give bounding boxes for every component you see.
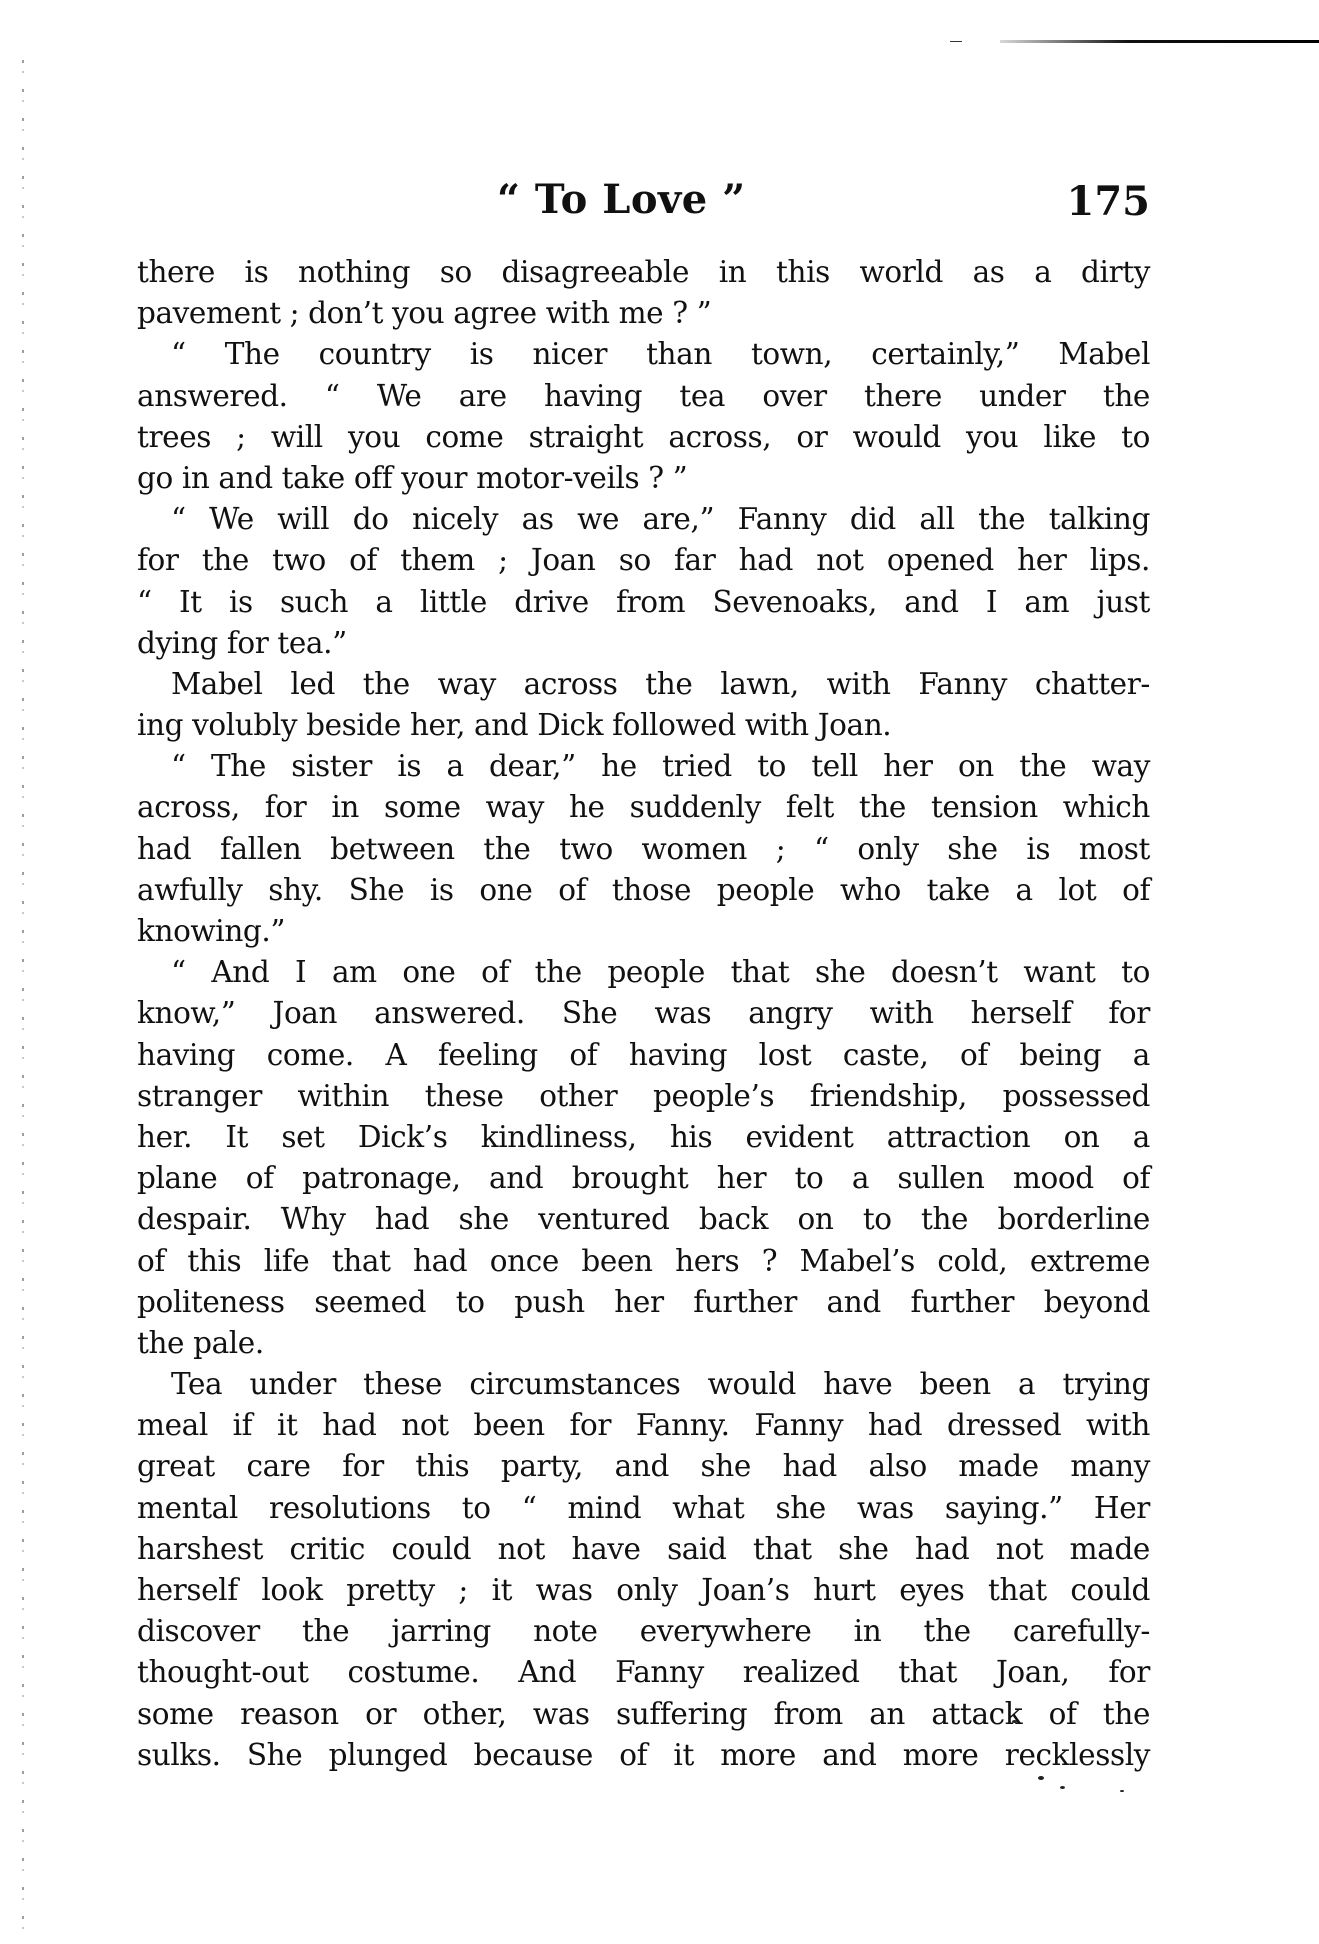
text-line: dying for tea.” [137, 623, 1150, 664]
text-line: politeness seemed to push her further an… [137, 1282, 1150, 1323]
text-line: discover the jarring note everywhere in … [137, 1611, 1150, 1652]
running-head: “ To Love ” 175 [137, 174, 1150, 226]
text-line: trees ; will you come straight across, o… [137, 417, 1150, 458]
text-line: there is nothing so disagreeable in this… [137, 252, 1150, 293]
text-line: across, for in some way he suddenly felt… [137, 787, 1150, 828]
text-line: pavement ; don’t you agree with me ? ” [137, 293, 1150, 334]
text-line: go in and take off your motor-veils ? ” [137, 458, 1150, 499]
text-line: some reason or other, was suffering from… [137, 1694, 1150, 1735]
text-line: “ We will do nicely as we are,” Fanny di… [137, 499, 1150, 540]
text-line: of this life that had once been hers ? M… [137, 1241, 1150, 1282]
body-text: there is nothing so disagreeable in this… [137, 252, 1150, 1776]
text-line: mental resolutions to “ mind what she wa… [137, 1488, 1150, 1529]
text-line: had fallen between the two women ; “ onl… [137, 829, 1150, 870]
text-line: sulks. She plunged because of it more an… [137, 1735, 1150, 1776]
text-line: harshest critic could not have said that… [137, 1529, 1150, 1570]
text-line: thought-out costume. And Fanny realized … [137, 1652, 1150, 1693]
text-line: stranger within these other people’s fri… [137, 1076, 1150, 1117]
chapter-title: “ To Love ” [497, 174, 746, 226]
text-line: the pale. [137, 1323, 1150, 1364]
text-line: plane of patronage, and brought her to a… [137, 1158, 1150, 1199]
scan-artifact-rule [1000, 40, 1319, 43]
scan-artifact-dash [950, 41, 962, 42]
text-line: “ The country is nicer than town, certai… [137, 334, 1150, 375]
text-line: having come. A feeling of having lost ca… [137, 1035, 1150, 1076]
scan-speck [1012, 1720, 1017, 1723]
text-line: Mabel led the way across the lawn, with … [137, 664, 1150, 705]
text-line: meal if it had not been for Fanny. Fanny… [137, 1405, 1150, 1446]
text-line: herself look pretty ; it was only Joan’s… [137, 1570, 1150, 1611]
text-line: know,” Joan answered. She was angry with… [137, 993, 1150, 1034]
scan-margin-edge [22, 60, 24, 1940]
scan-speck [1120, 1790, 1124, 1792]
scan-speck [1038, 1776, 1044, 1780]
text-line: despair. Why had she ventured back on to… [137, 1199, 1150, 1240]
text-line: Tea under these circumstances would have… [137, 1364, 1150, 1405]
page-number: 175 [1067, 176, 1151, 228]
text-line: “ It is such a little drive from Sevenoa… [137, 582, 1150, 623]
text-line: great care for this party, and she had a… [137, 1446, 1150, 1487]
text-line: “ The sister is a dear,” he tried to tel… [137, 746, 1150, 787]
text-line: ing volubly beside her, and Dick followe… [137, 705, 1150, 746]
text-line: her. It set Dick’s kindliness, his evide… [137, 1117, 1150, 1158]
text-line: for the two of them ; Joan so far had no… [137, 540, 1150, 581]
text-line: knowing.” [137, 911, 1150, 952]
text-line: awfully shy. She is one of those people … [137, 870, 1150, 911]
scan-speck [1060, 1786, 1065, 1789]
text-line: “ And I am one of the people that she do… [137, 952, 1150, 993]
text-line: answered. “ We are having tea over there… [137, 376, 1150, 417]
